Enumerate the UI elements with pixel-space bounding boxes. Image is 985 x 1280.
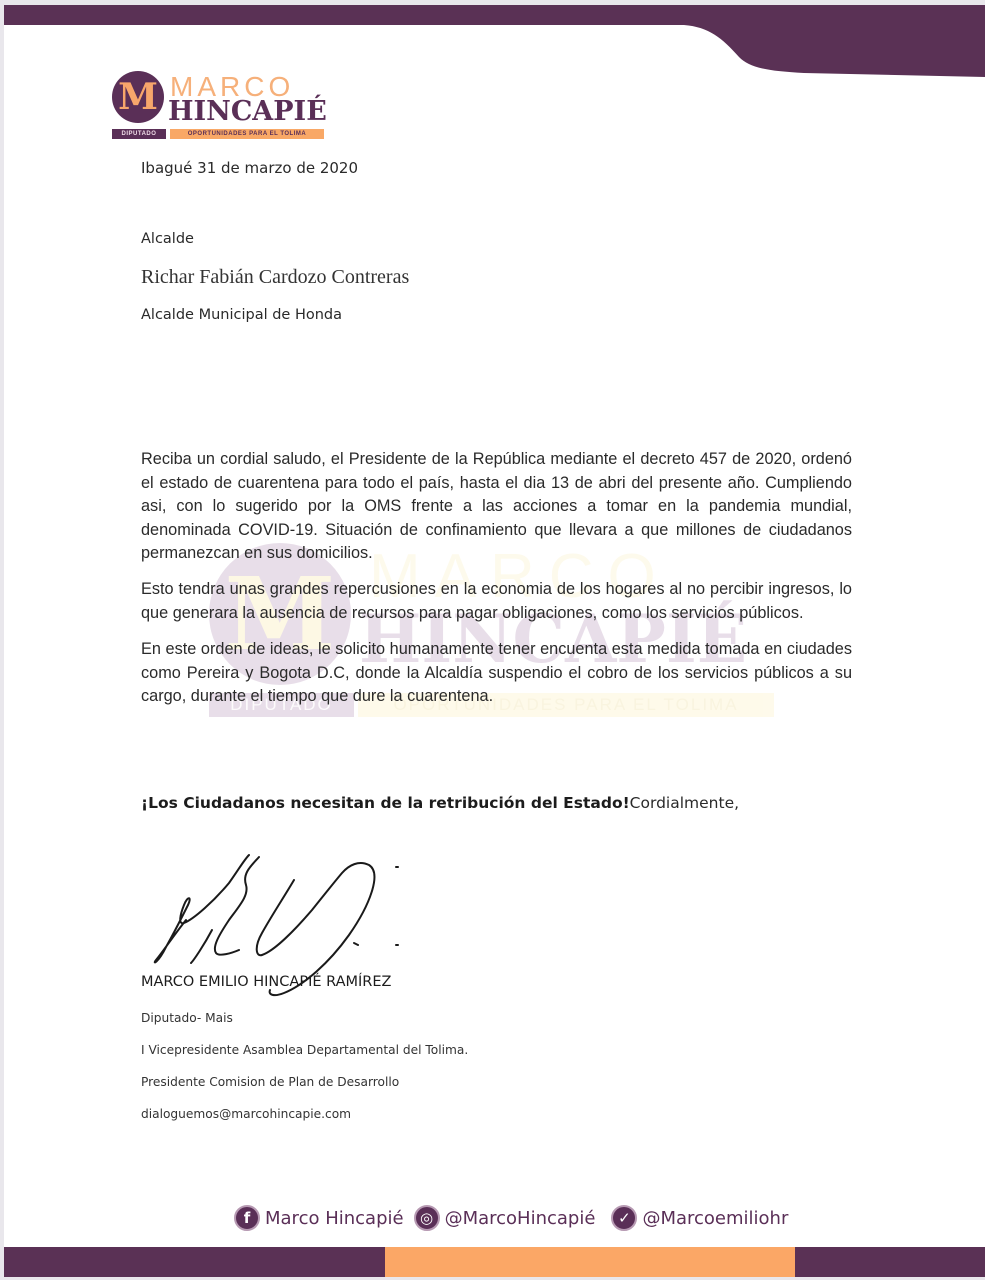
letter-page: M MARCO HINCAPIÉ DIPUTADO OPORTUNIDADES … xyxy=(4,5,985,1277)
closing-line: ¡Los Ciudadanos necesitan de la retribuc… xyxy=(141,794,739,812)
social-facebook[interactable]: f Marco Hincapié xyxy=(234,1205,404,1231)
social-label: Marco Hincapié xyxy=(265,1208,404,1229)
footer-band-purple-left xyxy=(4,1247,385,1277)
closing-slogan: ¡Los Ciudadanos necesitan de la retribuc… xyxy=(141,794,630,812)
footer-band xyxy=(4,1247,985,1277)
signer-position: Presidente Comision de Plan de Desarroll… xyxy=(141,1075,399,1089)
logo-tag-right: OPORTUNIDADES PARA EL TOLIMA xyxy=(170,129,324,139)
signer-position: Diputado- Mais xyxy=(141,1011,233,1025)
facebook-icon: f xyxy=(234,1205,260,1231)
recipient-name: Richar Fabián Cardozo Contreras xyxy=(141,266,409,289)
footer-band-orange xyxy=(385,1247,795,1277)
letter-body: Reciba un cordial saludo, el Presidente … xyxy=(141,448,852,721)
social-instagram[interactable]: ◎ @MarcoHincapié xyxy=(414,1205,596,1231)
letter-date: Ibagué 31 de marzo de 2020 xyxy=(141,159,358,177)
logo-monogram: M xyxy=(112,71,164,123)
footer-band-purple-right xyxy=(795,1247,985,1277)
body-paragraph: Reciba un cordial saludo, el Presidente … xyxy=(141,448,852,566)
signer-email[interactable]: dialoguemos@marcohincapie.com xyxy=(141,1107,351,1121)
social-label: @Marcoemiliohr xyxy=(642,1208,788,1229)
signer-position: I Vicepresidente Asamblea Departamental … xyxy=(141,1043,468,1057)
body-paragraph: Esto tendra unas grandes repercusiones e… xyxy=(141,578,852,625)
instagram-icon: ◎ xyxy=(414,1205,440,1231)
recipient-title: Alcalde xyxy=(141,231,194,247)
body-paragraph: En este orden de ideas, le solicito huma… xyxy=(141,638,852,709)
recipient-role: Alcalde Municipal de Honda xyxy=(141,307,342,323)
social-links: f Marco Hincapié ◎ @MarcoHincapié ✓ @Mar… xyxy=(234,1203,788,1233)
social-twitter[interactable]: ✓ @Marcoemiliohr xyxy=(611,1205,788,1231)
signer-name: MARCO EMILIO HINCAPIÉ RAMÍREZ xyxy=(141,974,391,990)
logo-last-name: HINCAPIÉ xyxy=(168,97,327,127)
social-label: @MarcoHincapié xyxy=(445,1208,596,1229)
logo-tag-left: DIPUTADO xyxy=(112,129,166,139)
closing-salutation: Cordialmente, xyxy=(630,794,739,812)
brand-logo: M MARCO HINCAPIÉ DIPUTADO OPORTUNIDADES … xyxy=(110,71,330,143)
logo-tagline: DIPUTADO OPORTUNIDADES PARA EL TOLIMA xyxy=(112,129,324,139)
twitter-icon: ✓ xyxy=(611,1205,637,1231)
